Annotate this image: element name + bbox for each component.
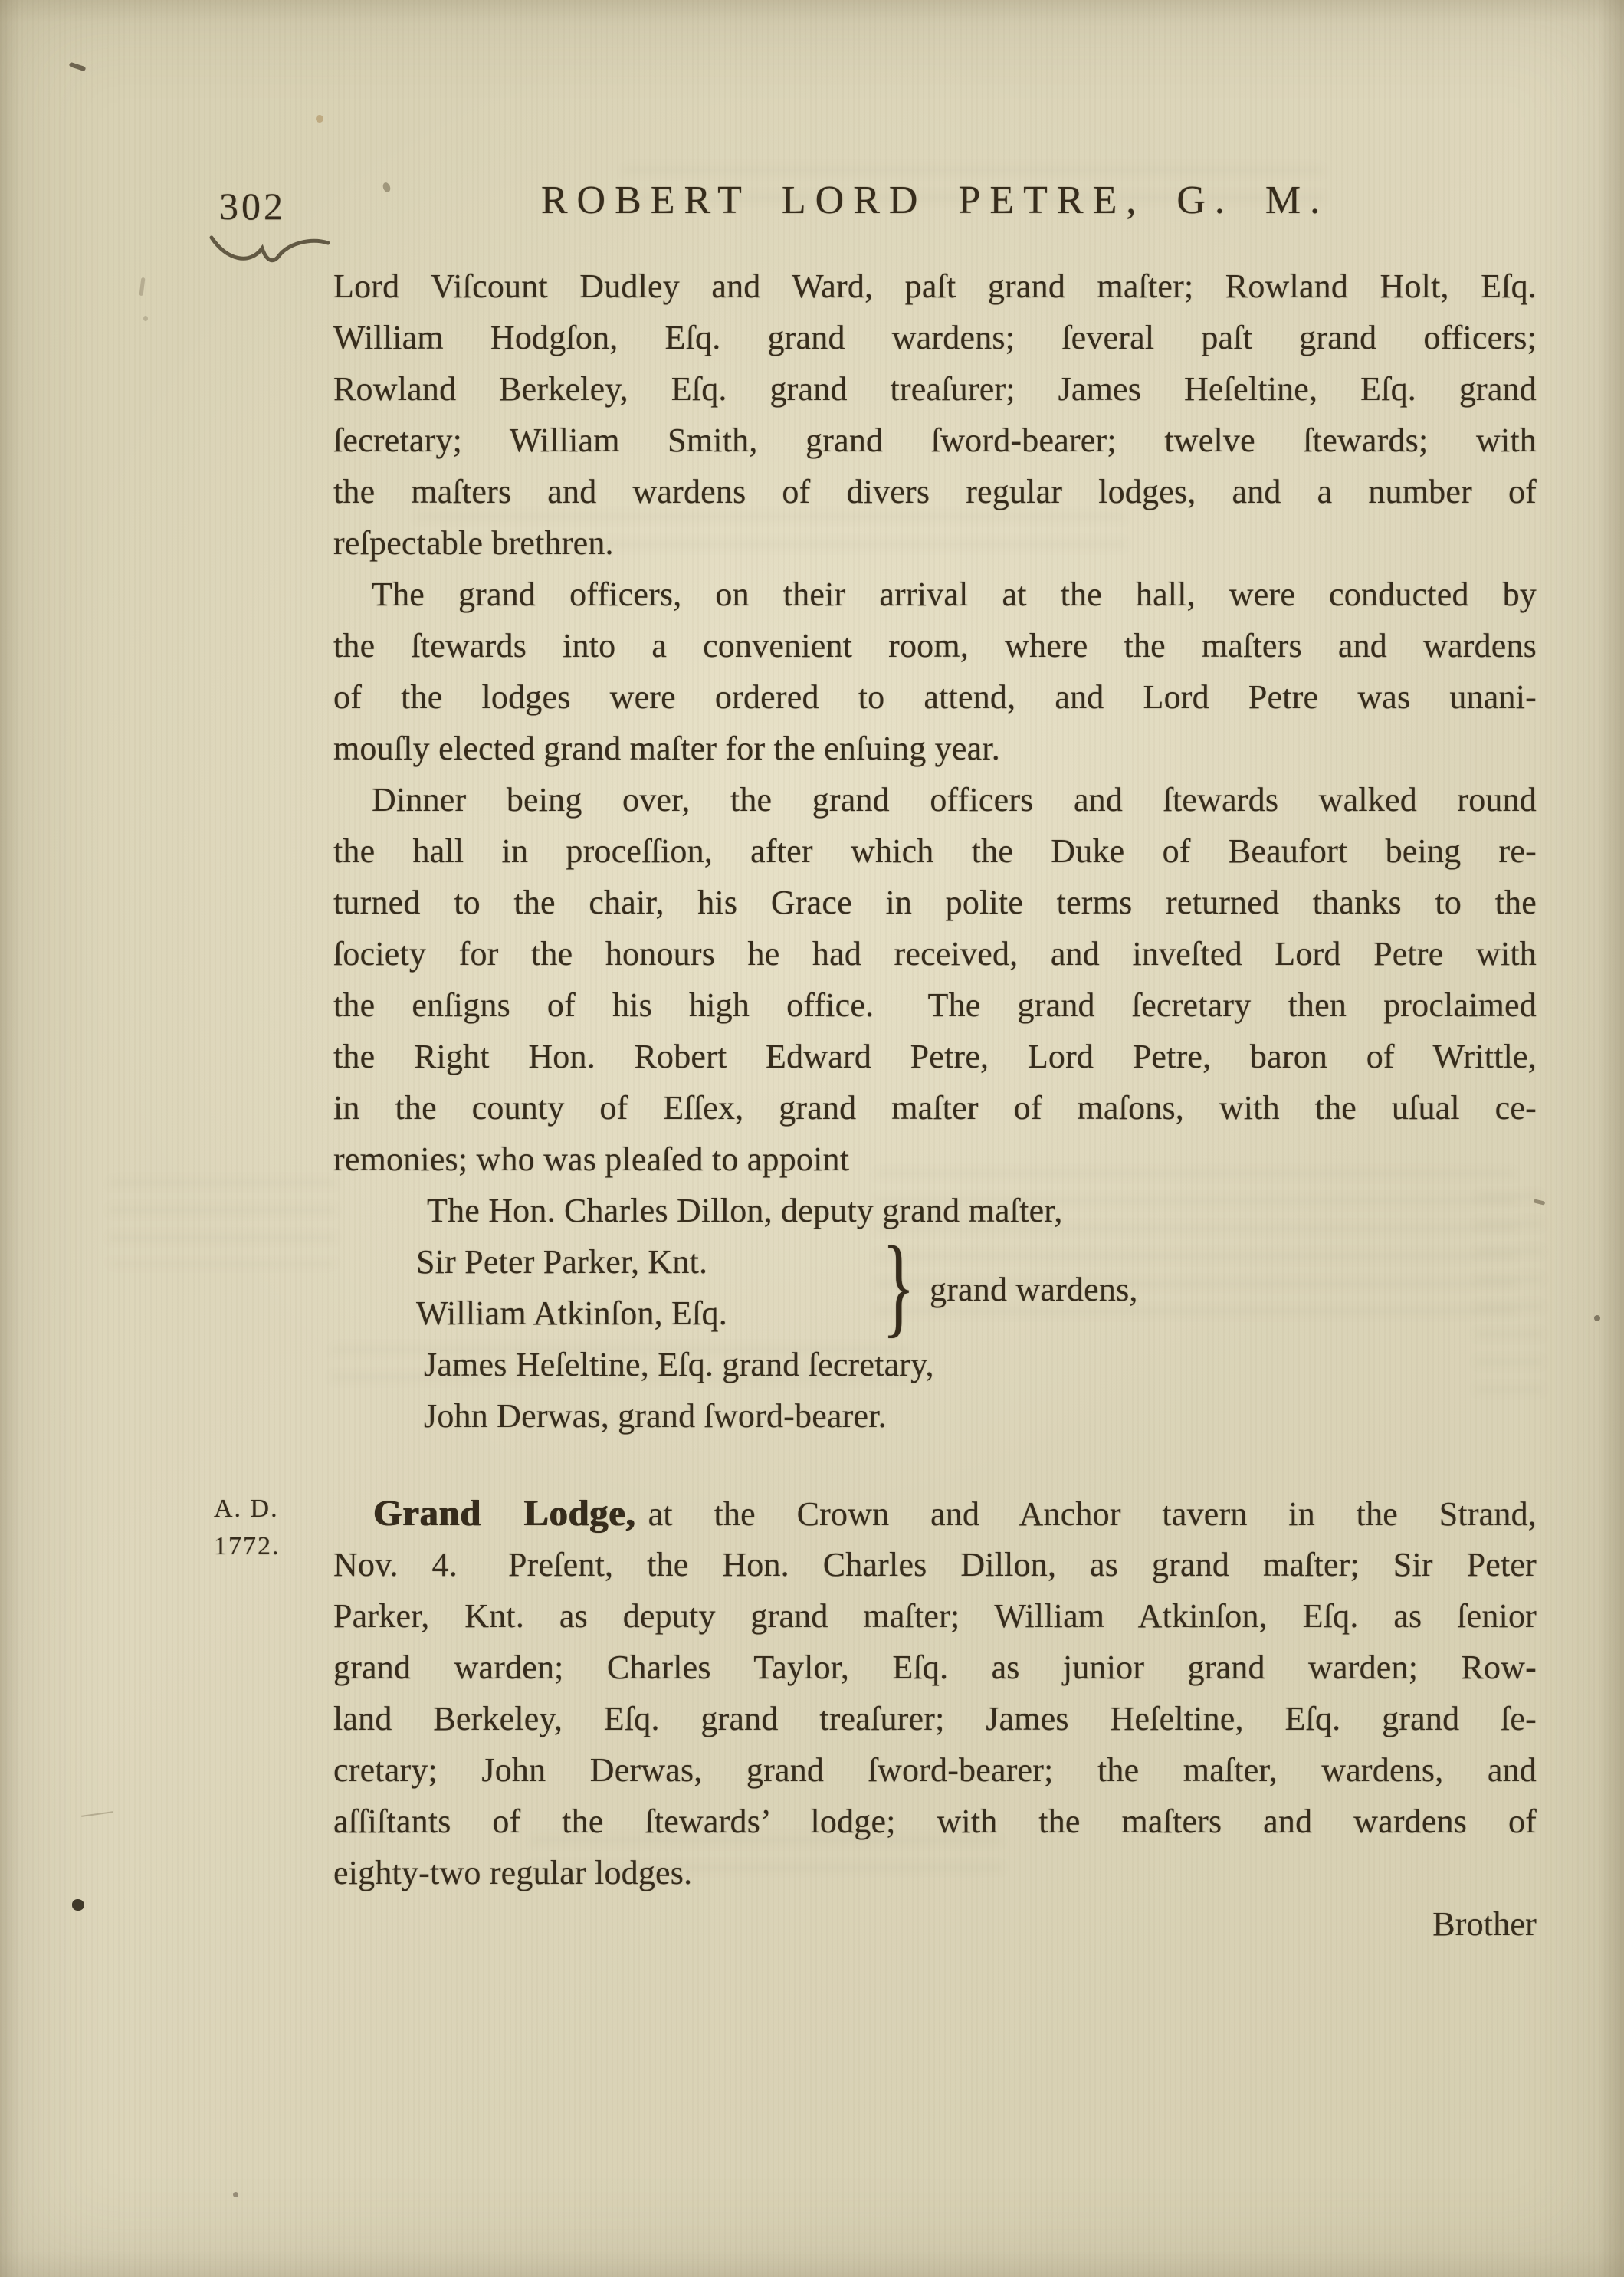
appointment-sword-bearer: John Derwas, grand ſword-bearer. bbox=[333, 1390, 1537, 1442]
text-line: ſociety for the honours he had received,… bbox=[333, 928, 1537, 979]
catchword-text: Brother bbox=[1432, 1905, 1537, 1943]
running-header: ROBERT LORD PETRE, G. M. bbox=[333, 178, 1537, 223]
grand-lodge-heading: Grand Lodge, bbox=[373, 1493, 636, 1534]
text-line: cretary; John Derwas, grand ſword-bearer… bbox=[333, 1744, 1537, 1796]
paragraph-grand-lodge-meeting: Grand Lodge,at the Crown and Anchor tave… bbox=[333, 1488, 1537, 1898]
text-line: grand warden; Charles Taylor, Eſq. as ju… bbox=[333, 1642, 1537, 1693]
wardens-brace: } bbox=[882, 1224, 915, 1349]
catchword: Brother bbox=[333, 1898, 1537, 1950]
appointment-grand-wardens-group: Sir Peter Parker, Knt. William Atkinſon,… bbox=[333, 1236, 1537, 1339]
text-line: ſecretary; William Smith, grand ſword-be… bbox=[333, 415, 1537, 466]
text-line: of the lodges were ordered to attend, an… bbox=[333, 671, 1537, 723]
body-text: Lord Viſcount Dudley and Ward, paſt gran… bbox=[333, 261, 1537, 1950]
text-line: William Hodgſon, Eſq. grand wardens; ſev… bbox=[333, 312, 1537, 363]
text-line: mouſly elected grand maſter for the enſu… bbox=[333, 723, 1537, 774]
text-line: Dinner being over, the grand officers an… bbox=[333, 774, 1537, 825]
paragraph-arrival: The grand officers, on their arrival at … bbox=[333, 569, 1537, 774]
text-line: Nov. 4. Preſent, the Hon. Charles Dillon… bbox=[333, 1539, 1537, 1590]
margin-note-line-year: 1772. bbox=[214, 1527, 281, 1565]
text-line: the Right Hon. Robert Edward Petre, Lord… bbox=[333, 1031, 1537, 1082]
text-line: Parker, Knt. as deputy grand maſter; Wil… bbox=[333, 1590, 1537, 1642]
page-number-flourish bbox=[207, 231, 337, 270]
text-line: Grand Lodge,at the Crown and Anchor tave… bbox=[333, 1488, 1537, 1539]
text-line: eighty-two regular lodges. bbox=[333, 1847, 1537, 1898]
ink-speck bbox=[139, 277, 146, 296]
ink-speck bbox=[143, 316, 148, 321]
text-line: remonies; who was pleaſed to appoint bbox=[333, 1134, 1537, 1185]
text-line: The grand officers, on their arrival at … bbox=[333, 569, 1537, 620]
ink-speck bbox=[1594, 1315, 1600, 1321]
margin-note-date: A. D. 1772. bbox=[214, 1490, 281, 1565]
paragraph-officers-list: Lord Viſcount Dudley and Ward, paſt gran… bbox=[333, 261, 1537, 569]
ink-speck bbox=[69, 62, 87, 72]
text-line: in the county of Eſſex, grand maſter of … bbox=[333, 1082, 1537, 1134]
paper-stain bbox=[316, 115, 323, 123]
margin-note-line-ad: A. D. bbox=[214, 1490, 281, 1527]
appointments-list: The Hon. Charles Dillon, deputy grand ma… bbox=[333, 1185, 1537, 1442]
text-line: Lord Viſcount Dudley and Ward, paſt gran… bbox=[333, 261, 1537, 312]
text-line-fragment: at the Crown and Anchor tavern in the St… bbox=[648, 1495, 1537, 1533]
paper-scratch bbox=[81, 1811, 113, 1817]
book-page: 302 ROBERT LORD PETRE, G. M. A. D. 1772.… bbox=[0, 0, 1624, 2277]
appointment-deputy-grand-master: The Hon. Charles Dillon, deputy grand ma… bbox=[333, 1185, 1537, 1236]
page-number: 302 bbox=[219, 184, 286, 228]
text-line: aſſiſtants of the ſtewards’ lodge; with … bbox=[333, 1796, 1537, 1847]
text-line: the maſters and wardens of divers regula… bbox=[333, 466, 1537, 517]
paragraph-dinner: Dinner being over, the grand officers an… bbox=[333, 774, 1537, 1185]
text-line: Rowland Berkeley, Eſq. grand treaſurer; … bbox=[333, 363, 1537, 415]
appointment-grand-secretary: James Heſeltine, Eſq. grand ſecretary, bbox=[333, 1339, 1537, 1390]
wardens-brace-label: grand wardens, bbox=[930, 1236, 1138, 1339]
ink-speck bbox=[233, 2192, 238, 2197]
text-line: land Berkeley, Eſq. grand treaſurer; Jam… bbox=[333, 1693, 1537, 1744]
text-line: the hall in proceſſion, after which the … bbox=[333, 825, 1537, 877]
text-line: the enſigns of his high office. The gran… bbox=[333, 979, 1537, 1031]
ink-speck bbox=[72, 1899, 84, 1911]
text-line: the ſtewards into a convenient room, whe… bbox=[333, 620, 1537, 671]
text-line: reſpectable brethren. bbox=[333, 517, 1537, 569]
text-line: turned to the chair, his Grace in polite… bbox=[333, 877, 1537, 928]
bleedthrough-smudge bbox=[107, 1176, 337, 1268]
